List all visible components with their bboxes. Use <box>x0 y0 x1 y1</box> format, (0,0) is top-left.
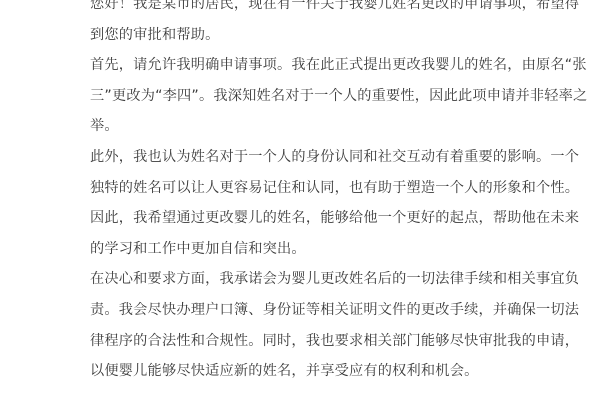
text-line-greeting-1: 您好！我是某市的居民，现在有一件关于我婴儿姓名更改的申请事项，希望得 <box>90 0 510 20</box>
text-line-request-3: 举。 <box>90 111 510 142</box>
text-line-reason-2: 独特的姓名可以让人更容易记住和认同，也有助于塑造一个人的形象和个性。 <box>90 173 510 204</box>
text-line-commitment-3: 律程序的合法性和合规性。同时，我也要求相关部门能够尽快审批我的申请， <box>90 326 510 357</box>
text-line-reason-4: 的学习和工作中更加自信和突出。 <box>90 234 510 265</box>
text-line-commitment-1: 在决心和要求方面，我承诺会为婴儿更改姓名后的一切法律手续和相关事宜负 <box>90 264 510 295</box>
application-letter-body: 您好！我是某市的居民，现在有一件关于我婴儿姓名更改的申请事项，希望得 到您的审批… <box>90 0 510 387</box>
document-page: 您好！我是某市的居民，现在有一件关于我婴儿姓名更改的申请事项，希望得 到您的审批… <box>0 0 600 400</box>
text-line-request-1: 首先，请允许我明确申请事项。我在此正式提出更改我婴儿的姓名，由原名“张 <box>90 50 510 81</box>
text-line-commitment-4: 以便婴儿能够尽快适应新的姓名，并享受应有的权利和机会。 <box>90 356 510 387</box>
text-line-reason-1: 此外，我也认为姓名对于一个人的身份认同和社交互动有着重要的影响。一个 <box>90 142 510 173</box>
text-line-commitment-2: 责。我会尽快办理户口簿、身份证等相关证明文件的更改手续，并确保一切法 <box>90 295 510 326</box>
text-line-reason-3: 因此，我希望通过更改婴儿的姓名，能够给他一个更好的起点，帮助他在未来 <box>90 203 510 234</box>
text-line-greeting-2: 到您的审批和帮助。 <box>90 20 510 51</box>
text-line-request-2: 三”更改为“李四”。我深知姓名对于一个人的重要性，因此此项申请并非轻率之 <box>90 81 510 112</box>
